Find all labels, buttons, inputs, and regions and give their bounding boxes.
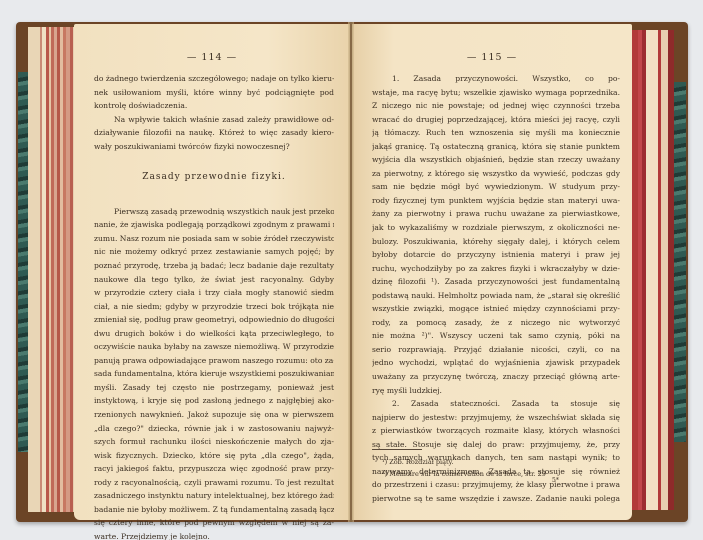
right-page-text: 1. Zasada przyczynowości. Wszystko, co p… bbox=[372, 72, 620, 506]
text-line: z pierwiastków tworzących rozmaite klasy… bbox=[372, 424, 620, 438]
text-line: serio rozprawiają. Przyjąć działanie nic… bbox=[372, 343, 620, 357]
text-line: wszystkie związki, mogące istnieć między… bbox=[372, 302, 620, 316]
text-line: dwu drugich boków i do wielkości kąta pr… bbox=[94, 327, 334, 341]
text-line: do żadnego twierdzenia szczegółowego; na… bbox=[94, 72, 334, 86]
text-line: sada fundamentalna, która kieruje wszyst… bbox=[94, 367, 334, 381]
text-line: 2. Zasada stateczności. Zasada ta stosuj… bbox=[372, 397, 620, 411]
text-line: 1. Zasada przyczynowości. Wszystko, co p… bbox=[372, 72, 620, 86]
text-line: wstaje, ma racyę bytu; wszelkie zjawisko… bbox=[372, 86, 620, 100]
text-line: najpierw do jestestw: przyjmujemy, że ws… bbox=[372, 411, 620, 425]
text-line: kontrolę doświadczenia. bbox=[94, 99, 334, 113]
right-page: — 115 — 1. Zasada przyczynowości. Wszyst… bbox=[352, 24, 632, 520]
text-line: bulozy. Poszukiwania, którehy sięgały da… bbox=[372, 235, 620, 249]
text-line: żany za pierwotny i prawa ruchu uważane … bbox=[372, 207, 620, 221]
text-line: racyi jakiegoś faktu, przypuszcza więc z… bbox=[94, 462, 334, 476]
text-line: zumu. Nasz rozum nie posiada sam w sobie… bbox=[94, 232, 334, 246]
text-line: jak to wykazaliśmy w rozdziale pierwszym… bbox=[372, 221, 620, 235]
text-line: poznać przyrodę, trzeba ją badać; lecz b… bbox=[94, 259, 334, 273]
text-line: badanie nie byłoby możliwem. Z tą fundam… bbox=[94, 503, 334, 517]
text-line: nie można ²)". Wszyscy uczeni tak samo c… bbox=[372, 329, 620, 343]
text-line: panują prawa odpowiadające prawom naszeg… bbox=[94, 354, 334, 368]
text-line: wyjścia dla wszystkich objaśnień, będzie… bbox=[372, 153, 620, 167]
text-line: jakąś granicę. Tą ostateczną granicą, kt… bbox=[372, 140, 620, 154]
signature-mark: 5* bbox=[552, 477, 559, 484]
text-line: jedno wychodzi, wplątać do wyjaśnienia z… bbox=[372, 356, 620, 370]
page-number-left: — 114 — bbox=[74, 52, 350, 63]
text-line: pierwotne są te same wszędzie i zawsze. … bbox=[372, 492, 620, 506]
text-line: myśli. Zasady tej często nie postrzegamy… bbox=[94, 381, 334, 395]
footnote-2: ²) Mémoire sur la conservation de la for… bbox=[382, 468, 546, 480]
text-line: wisk fizycznych. Dziecko, które się pyta… bbox=[94, 449, 334, 463]
text-line: ją tłómaczy. Ruch ten wznoszenia się myś… bbox=[372, 126, 620, 140]
text-line: rody z racyonalnością, czyli prawami roz… bbox=[94, 476, 334, 490]
text-line: do przestrzeni i czasu: przyjmujemy, że … bbox=[372, 478, 620, 492]
footnotes: ¹) Zob. Rozdział piąty. ²) Mémoire sur l… bbox=[382, 456, 546, 480]
text-line: ryę myśli ludzkiej. bbox=[372, 384, 620, 398]
text-line: nic nie możemy odkryć przez zestawianie … bbox=[94, 245, 334, 259]
text-line: uważany za przyczynę twórczą, znaczy prz… bbox=[372, 370, 620, 384]
text-line: nanie, że zjawiska podlegają porządkowi … bbox=[94, 218, 334, 232]
text-line: wały poszukiwaniami twórców fizyki nowoc… bbox=[94, 140, 334, 154]
text-line: warte. Przejdziemy je kolejno. bbox=[94, 530, 334, 540]
text-line: ciał, a nie siedm; gdyby w przyrodzie tr… bbox=[94, 300, 334, 314]
text-line: wracać do drugiej poprzedzającej, która … bbox=[372, 113, 620, 127]
text-line: rody, za pomocą zasady, że z niczego nic… bbox=[372, 316, 620, 330]
text-line: ruchu, wychodziłyby po za zakres fizyki … bbox=[372, 262, 620, 276]
text-line: zmieniał się, podług praw geometryi, odp… bbox=[94, 313, 334, 327]
marbled-cover-left bbox=[18, 72, 28, 452]
text-line: działywanie filozofii na naukę. Któreż t… bbox=[94, 126, 334, 140]
section-heading: Zasady przewodnie fizyki. bbox=[94, 171, 334, 185]
text-line: rody fizycznej tym punktem wyjścia będzi… bbox=[372, 194, 620, 208]
text-line: instyktową, i kryje się pod zasłoną jedn… bbox=[94, 394, 334, 408]
text-line: Pierwszą zasadą przewodnią wszystkich na… bbox=[94, 205, 334, 219]
text-line: Na wpływie takich właśnie zasad zależy p… bbox=[94, 113, 334, 127]
left-page: — 114 — do żadnego twierdzenia szczegóło… bbox=[74, 24, 350, 520]
text-line: zasadniczego instynktu natury intelektua… bbox=[94, 489, 334, 503]
book-gutter bbox=[348, 22, 354, 522]
text-line: byłoby dotarcie do przyczyny istnienia m… bbox=[372, 248, 620, 262]
text-line: Z niczego nic nie powstaje; od jednej wi… bbox=[372, 99, 620, 113]
footnote-1: ¹) Zob. Rozdział piąty. bbox=[382, 456, 546, 468]
text-line: „dla czego?" dziecka, równie jak i w zas… bbox=[94, 422, 334, 436]
text-line: się cztery inne, które pod pewnym względ… bbox=[94, 516, 334, 530]
text-line: podstawą nauki. Helmholtz powiada nam, ż… bbox=[372, 289, 620, 303]
footnote-divider bbox=[372, 449, 422, 450]
text-line: nek usiłowaniom myśli, które winny być p… bbox=[94, 86, 334, 100]
page-number-right: — 115 — bbox=[352, 52, 632, 63]
text-line: w przyrodzie cztery ciała i trzy ciała m… bbox=[94, 286, 334, 300]
text-line: naukowe dla tego tylko, że świat jest ra… bbox=[94, 273, 334, 287]
text-line: dzinę filozofii ¹). Zasada przyczynowośc… bbox=[372, 275, 620, 289]
text-line: sam nie będzie mógł być wywiedzionym. W … bbox=[372, 180, 620, 194]
marbled-cover-right bbox=[674, 82, 686, 442]
text-line: szych formuł rachunku ilości nieskończen… bbox=[94, 435, 334, 449]
text-line: rzenionych nawyknień. Jakoż supozuje się… bbox=[94, 408, 334, 422]
open-book: — 114 — do żadnego twierdzenia szczegóło… bbox=[16, 22, 688, 522]
text-line: za pierwotny, z którego się wszystko da … bbox=[372, 167, 620, 181]
left-page-text: do żadnego twierdzenia szczegółowego; na… bbox=[94, 72, 334, 540]
text-line: oczywiście nauka byłaby na zawsze niemoż… bbox=[94, 340, 334, 354]
